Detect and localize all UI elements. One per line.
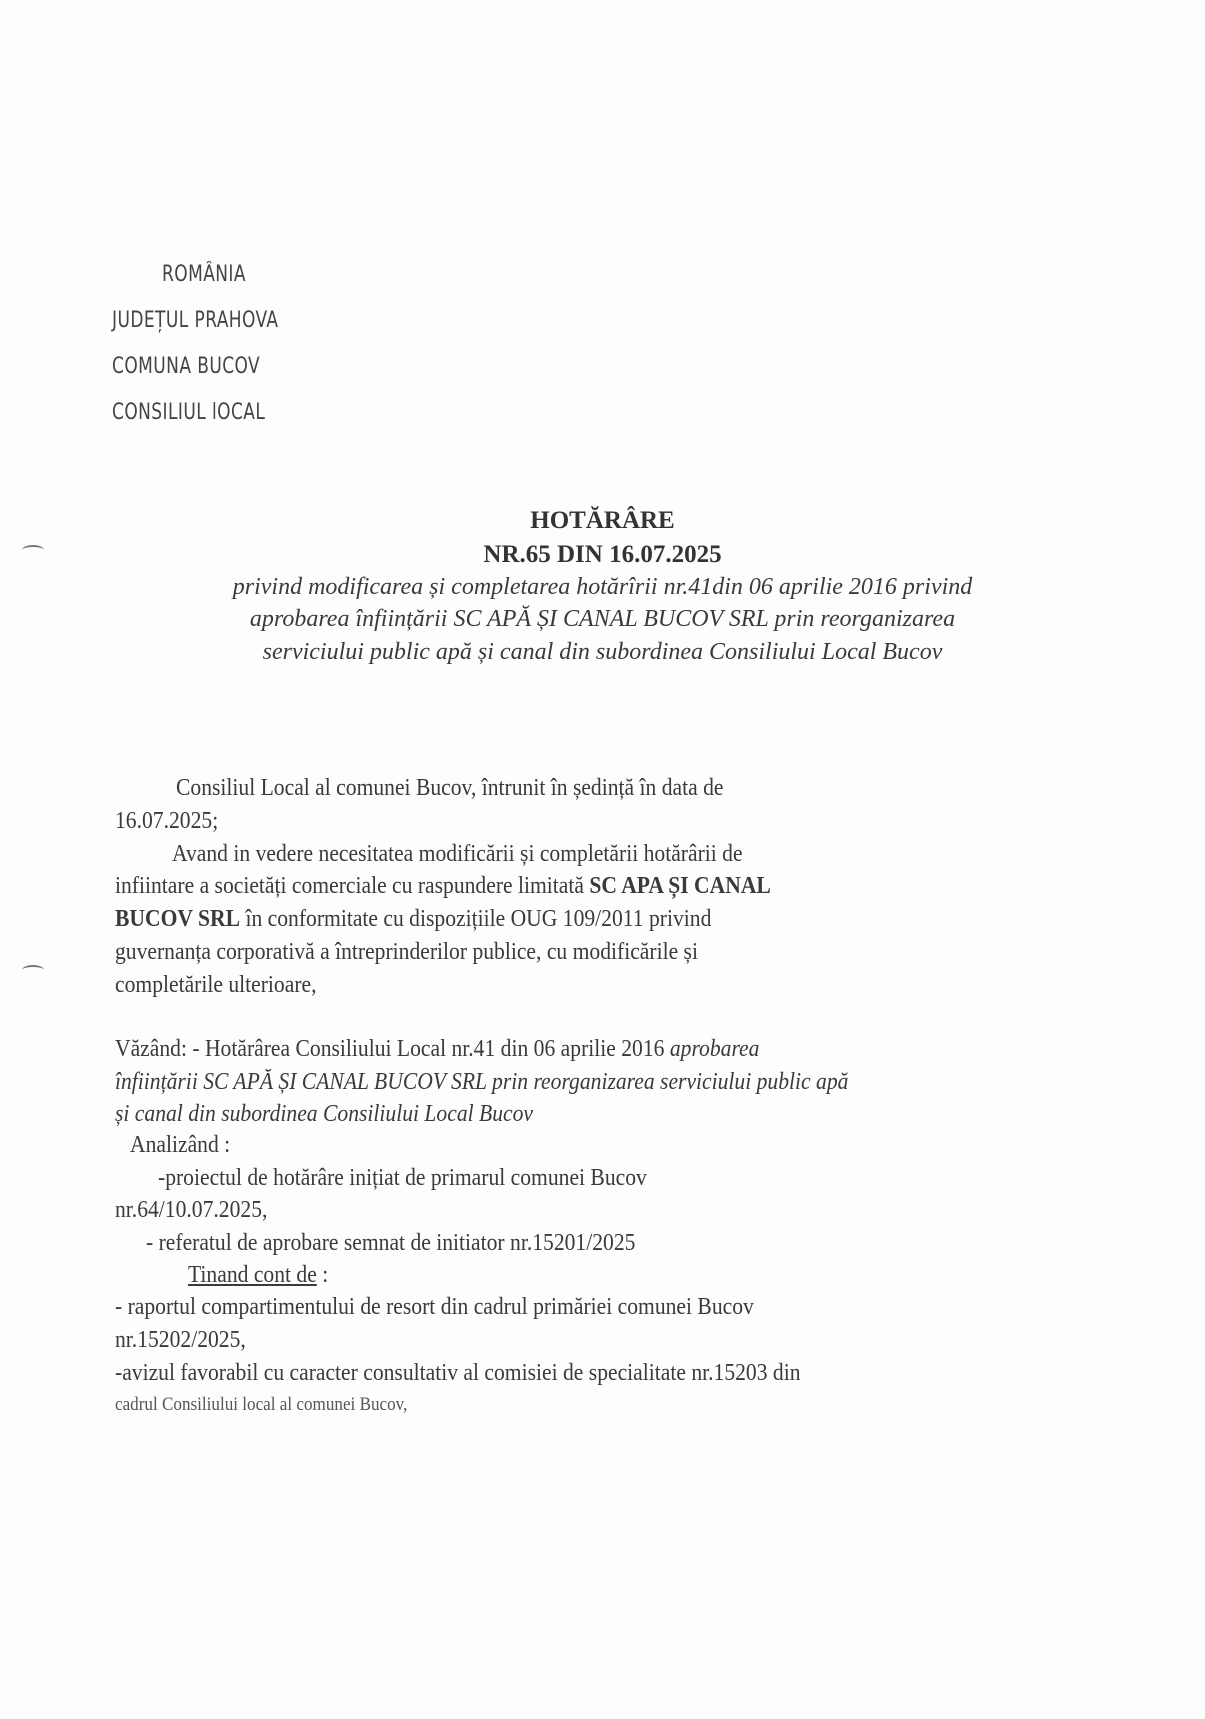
taking-item-2-line-1: -avizul favorabil cu caracter consultati… [115, 1360, 801, 1387]
subject-line-2: aprobarea înființării SC APĂ ȘI CANAL BU… [0, 606, 1205, 633]
text: : [317, 1262, 328, 1288]
taking-item-1-line-1: - raportul compartimentului de resort di… [115, 1294, 754, 1321]
text: infiintare a societăți comerciale cu ras… [115, 873, 589, 899]
header-country: ROMÂNIA [162, 262, 246, 287]
paragraph-considering-line-2: infiintare a societăți comerciale cu ras… [115, 873, 771, 900]
paragraph-council-meeting-date: 16.07.2025; [115, 808, 218, 835]
paragraph-seeing-line-2: înființării SC APĂ ȘI CANAL BUCOV SRL pr… [115, 1069, 848, 1096]
text-italic: aprobarea [670, 1036, 760, 1062]
subject-line-3: serviciului public apă și canal din subo… [0, 639, 1205, 666]
header-commune: COMUNA BUCOV [112, 354, 260, 379]
scan-hole-mark [22, 965, 44, 975]
text: în conformitate cu dispozițiile OUG 109/… [240, 906, 711, 932]
header-county: JUDEȚUL PRAHOVA [112, 308, 278, 333]
document-type-title: HOTĂRÂRE [0, 507, 1205, 535]
document-page: ROMÂNIA JUDEȚUL PRAHOVA COMUNA BUCOV CON… [0, 0, 1205, 1719]
text: Văzând: - Hotărârea Consiliului Local nr… [115, 1036, 670, 1062]
text-underlined: Tinand cont de [188, 1262, 317, 1288]
header-council: CONSILIUL lOCAL [112, 400, 265, 425]
analyzing-item-2: - referatul de aprobare semnat de initia… [146, 1230, 635, 1257]
company-name: BUCOV SRL [115, 906, 240, 932]
company-name: SC APA ȘI CANAL [589, 873, 770, 899]
decision-number-date: NR.65 DIN 16.07.2025 [0, 541, 1205, 569]
paragraph-considering-line-3: BUCOV SRL în conformitate cu dispozițiil… [115, 906, 711, 933]
taking-item-1-line-2: nr.15202/2025, [115, 1327, 246, 1354]
analyzing-item-1-line-2: nr.64/10.07.2025, [115, 1197, 267, 1224]
analyzing-heading: Analizând : [130, 1132, 230, 1159]
taking-item-2-line-2: cadrul Consiliului local al comunei Buco… [115, 1394, 407, 1416]
subject-line-1: privind modificarea și completarea hotăr… [0, 574, 1205, 601]
taking-into-account-heading: Tinand cont de : [188, 1262, 328, 1289]
analyzing-item-1-line-1: -proiectul de hotărâre inițiat de primar… [158, 1165, 647, 1192]
paragraph-considering-line-5: completările ulterioare, [115, 972, 317, 999]
paragraph-seeing-line-1: Văzând: - Hotărârea Consiliului Local nr… [115, 1036, 759, 1063]
paragraph-considering-line-1: Avand in vedere necesitatea modificării … [172, 841, 743, 868]
paragraph-considering-line-4: guvernanța corporativă a întreprinderilo… [115, 939, 698, 966]
paragraph-council-meeting: Consiliul Local al comunei Bucov, întrun… [176, 775, 723, 802]
paragraph-seeing-line-3: și canal din subordinea Consiliului Loca… [115, 1101, 533, 1128]
